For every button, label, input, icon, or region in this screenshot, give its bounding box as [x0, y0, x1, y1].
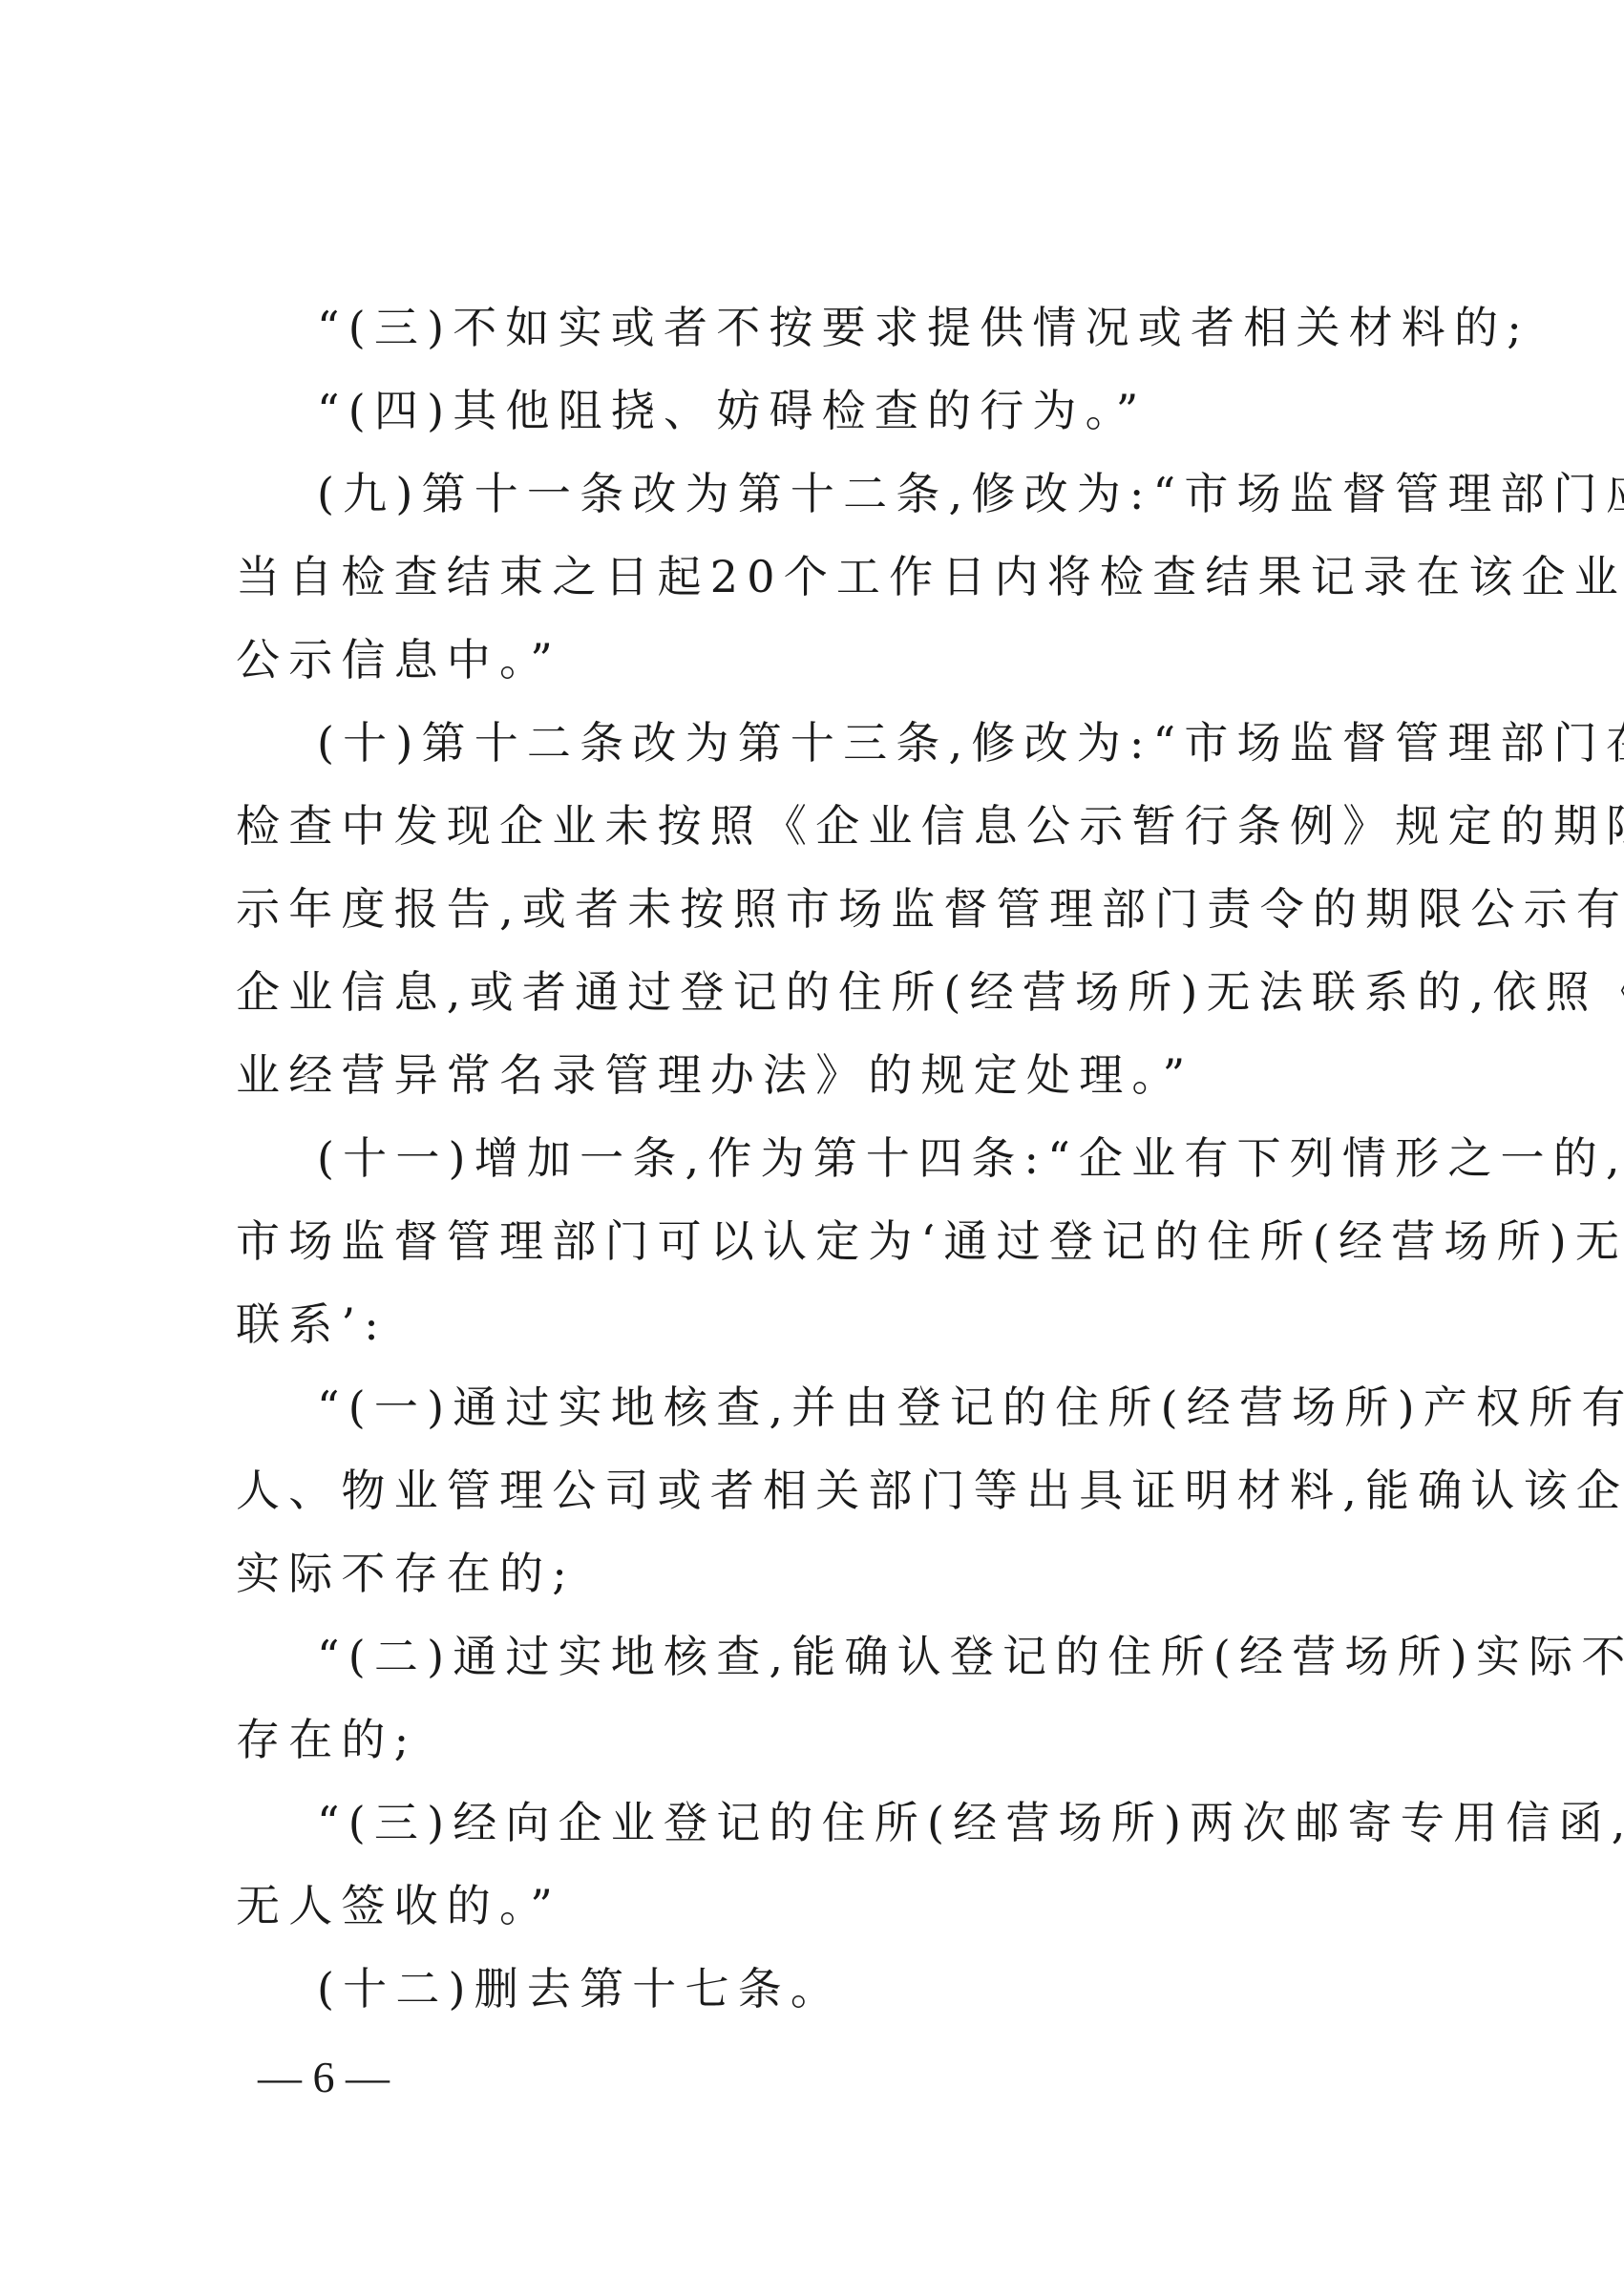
text-line: 无人签收的。” [236, 1865, 1420, 1948]
text-line: “(三)经向企业登记的住所(经营场所)两次邮寄专用信函, [236, 1782, 1420, 1865]
text-line: (十)第十二条改为第十三条,修改为:“市场监督管理部门在 [236, 702, 1420, 785]
text-line: 存在的; [236, 1698, 1420, 1782]
text-line: 人、物业管理公司或者相关部门等出具证明材料,能确认该企业 [236, 1449, 1420, 1532]
text-line: “(三)不如实或者不按要求提供情况或者相关材料的; [236, 286, 1420, 369]
text-line: 联系’: [236, 1283, 1420, 1366]
text-line: (九)第十一条改为第十二条,修改为:“市场监督管理部门应 [236, 453, 1420, 536]
text-line: (十一)增加一条,作为第十四条:“企业有下列情形之一的, [236, 1117, 1420, 1200]
text-line: 企业信息,或者通过登记的住所(经营场所)无法联系的,依照《企 [236, 951, 1420, 1034]
text-line: 当自检查结束之日起20个工作日内将检查结果记录在该企业的 [236, 536, 1420, 619]
body-text: “(三)不如实或者不按要求提供情况或者相关材料的; “(四)其他阻挠、妨碍检查的… [236, 286, 1420, 2031]
text-line: 公示信息中。” [236, 619, 1420, 702]
text-line: (十二)删去第十七条。 [236, 1948, 1420, 2031]
text-line: “(二)通过实地核查,能确认登记的住所(经营场所)实际不 [236, 1615, 1420, 1698]
text-line: 检查中发现企业未按照《企业信息公示暂行条例》规定的期限公 [236, 785, 1420, 868]
text-line: “(一)通过实地核查,并由登记的住所(经营场所)产权所有 [236, 1366, 1420, 1449]
text-line: 实际不存在的; [236, 1532, 1420, 1615]
text-line: 示年度报告,或者未按照市场监督管理部门责令的期限公示有关 [236, 868, 1420, 951]
text-line: “(四)其他阻挠、妨碍检查的行为。” [236, 369, 1420, 453]
page-number: — 6 — [258, 2049, 390, 2106]
text-line: 市场监督管理部门可以认定为‘通过登记的住所(经营场所)无法 [236, 1200, 1420, 1283]
text-line: 业经营异常名录管理办法》的规定处理。” [236, 1034, 1420, 1117]
document-page: “(三)不如实或者不按要求提供情况或者相关材料的; “(四)其他阻挠、妨碍检查的… [0, 0, 1624, 2278]
